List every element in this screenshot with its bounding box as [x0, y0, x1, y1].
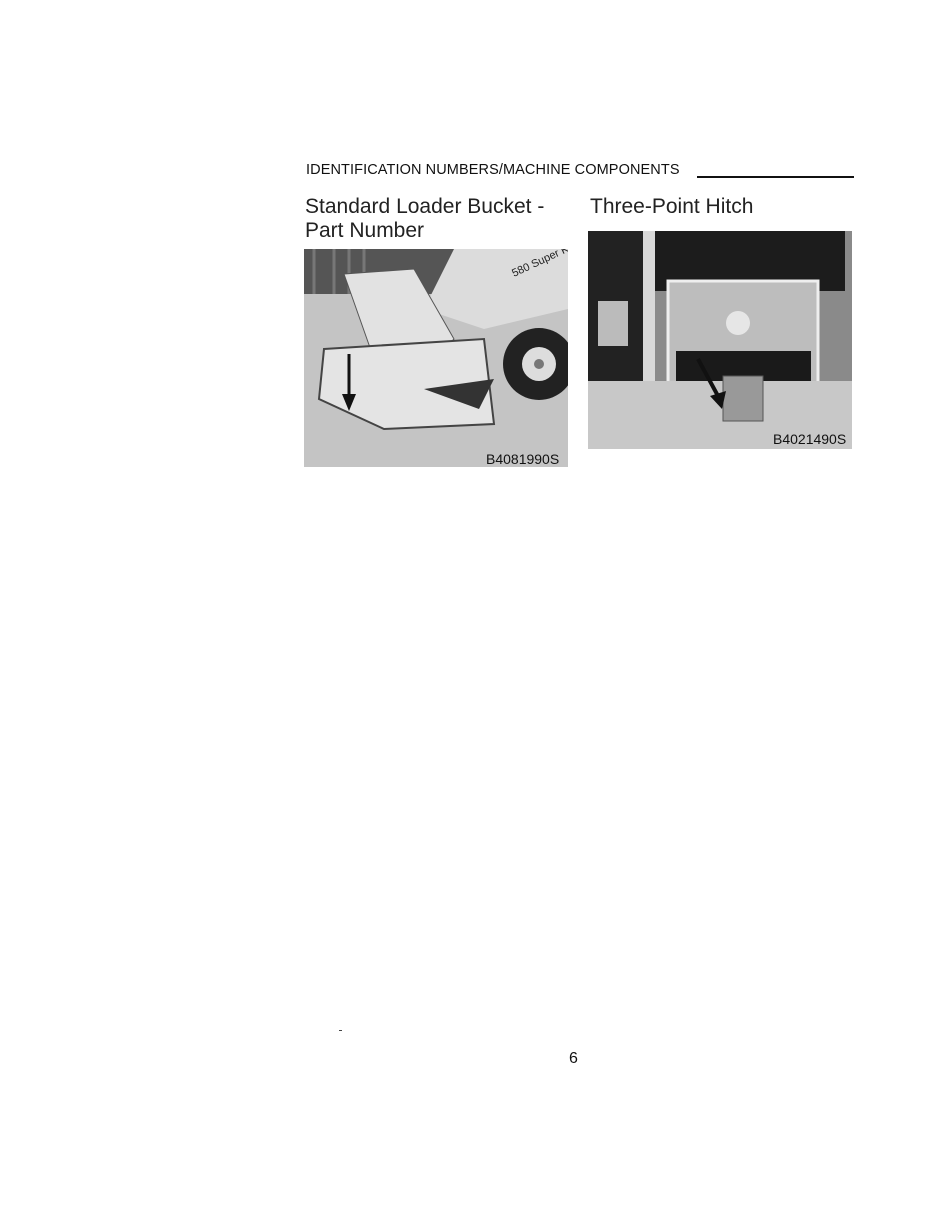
figure-title-loader-bucket: Standard Loader Bucket - Part Number: [305, 195, 575, 243]
figure-title-line1: Standard Loader Bucket -: [305, 195, 575, 219]
figure-title-three-point-hitch: Three-Point Hitch: [590, 195, 753, 219]
image-code-label: B4021490S: [773, 431, 846, 447]
section-header: IDENTIFICATION NUMBERS/MACHINE COMPONENT…: [306, 162, 680, 178]
page-number: 6: [569, 1050, 578, 1068]
figure-title-line2: Part Number: [305, 219, 575, 243]
stray-mark: [339, 1030, 342, 1031]
image-code-label: B4081990S: [486, 451, 559, 467]
loader-bucket-photo: 580 Super K B4081990S: [304, 249, 568, 467]
three-point-hitch-photo: B4021490S: [588, 231, 852, 449]
loader-bucket-illustration: 580 Super K: [304, 249, 568, 467]
header-rule: [697, 176, 854, 178]
three-point-hitch-illustration: [588, 231, 852, 449]
